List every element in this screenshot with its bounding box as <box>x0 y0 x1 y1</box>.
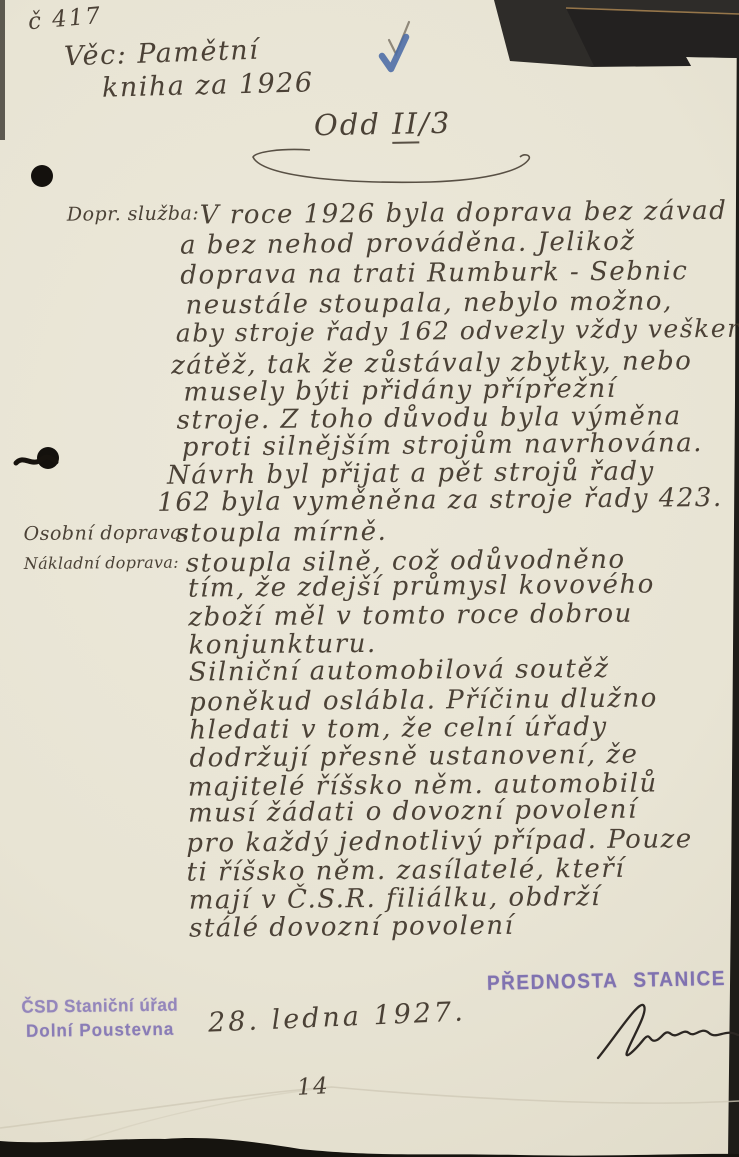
office-stamp-line-2: Dolní Poustevna <box>10 1019 190 1043</box>
handwritten-line: konjunkturu. <box>188 631 376 659</box>
handwritten-line: musely býti přidány přípřežní <box>183 376 616 406</box>
label-freight-transport: Nákladní doprava: <box>24 555 179 572</box>
handwritten-line: tím, že zdejší průmysl kovového <box>188 572 655 602</box>
handwritten-line: dodržují přesně ustanovení, že <box>189 742 638 772</box>
handwritten-line: mají v Č.S.R. filiálku, obdrží <box>189 884 601 914</box>
handwritten-line: 162 byla vyměněna za stroje řady 423. <box>157 485 723 516</box>
handwritten-line: zboží měl v tomto roce dobrou <box>188 601 633 631</box>
office-stamp-line-1: ČSD Staniční úřad <box>10 995 190 1019</box>
station-office-stamp: ČSD Staniční úřad Dolní Poustevna <box>10 995 191 1043</box>
handwritten-line: V roce 1926 byla doprava bez závad <box>200 198 728 229</box>
handwritten-line: stoupla mírně. <box>175 519 387 547</box>
label-passenger-transport: Osobní doprava: <box>24 524 190 544</box>
handwritten-line: stálé dovozní povolení <box>189 913 515 942</box>
station-master-stamp: PŘEDNOSTA STANICE <box>487 968 726 997</box>
label-transport-service: Dopr. služba: <box>67 204 200 224</box>
scanned-document-page: č 417 Věc: Pamětní kniha za 1926 Odd II/… <box>0 0 739 1157</box>
handwritten-line: hledati v tom, že celní úřady <box>189 714 608 744</box>
handwritten-line: poněkud oslábla. Příčinu dlužno <box>189 685 658 715</box>
handwritten-line: ti říšsko něm. zasílatelé, kteří <box>186 856 625 886</box>
handwritten-line: pro každý jednotlivý případ. Pouze <box>186 826 693 856</box>
page-number: 14 <box>296 1075 329 1100</box>
handwritten-line: Silniční automobilová soutěž <box>189 656 610 686</box>
handwritten-line: doprava na trati Rumburk - Sebnic <box>180 258 688 288</box>
handwritten-line: a bez nehod prováděna. Jelikož <box>180 229 636 259</box>
handwritten-line: aby stroje řady 162 odvezly vždy veškero… <box>176 315 739 345</box>
handwritten-line: musí žádati o dovozní povolení <box>188 797 638 827</box>
